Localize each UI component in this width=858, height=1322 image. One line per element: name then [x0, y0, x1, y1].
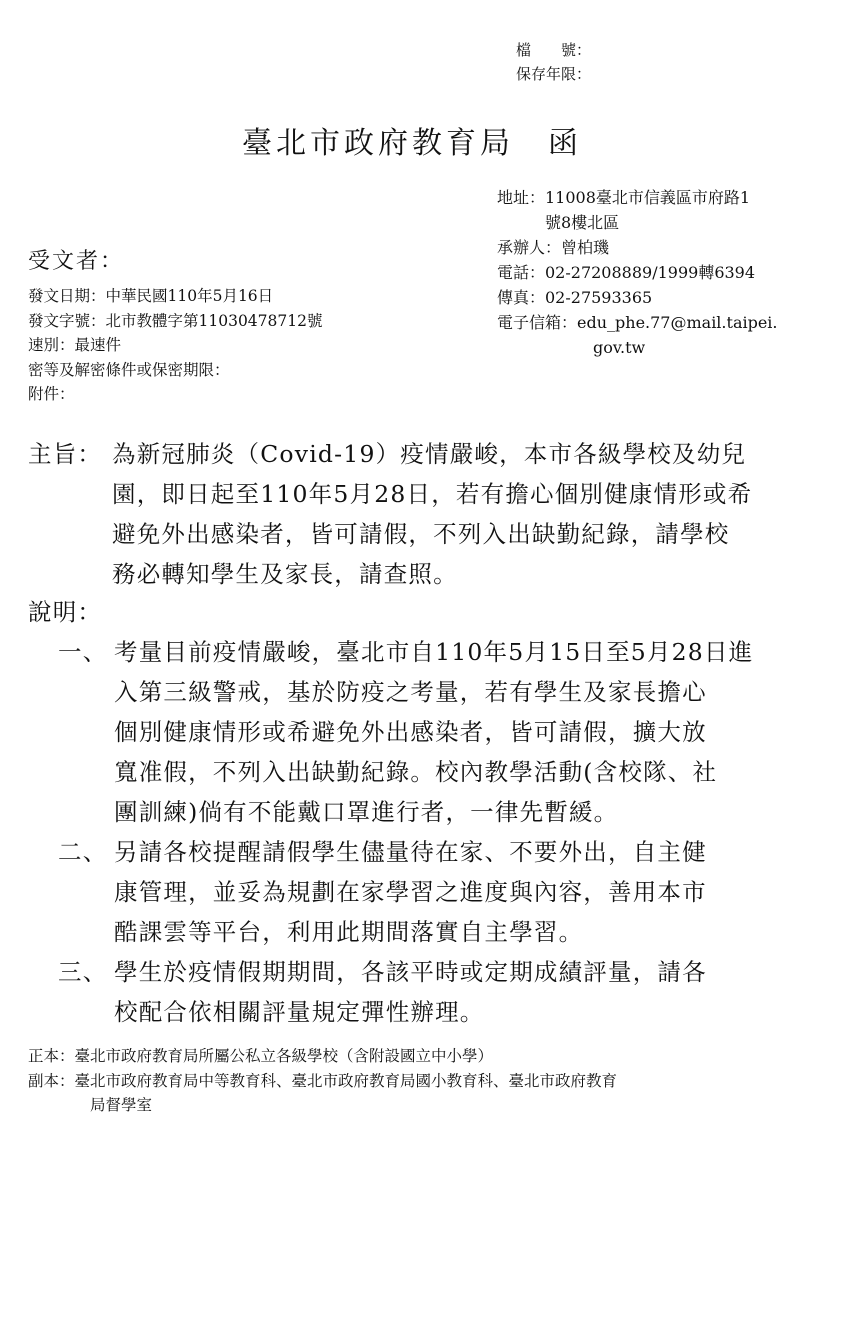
- phone: 電話：02-27208889/1999轉6394: [497, 260, 778, 285]
- handler: 承辦人：曾柏璣: [497, 235, 778, 260]
- item-line: 另請各校提醒請假學生儘量待在家、不要外出，自主健: [114, 838, 707, 866]
- archive-block: 檔 號： 保存年限：: [516, 38, 591, 86]
- attachment: 附件：: [28, 382, 322, 407]
- description-item: 一、考量目前疫情嚴峻，臺北市自110年5月15日至5月28日進 入第三級警戒，基…: [58, 632, 753, 832]
- address-line: 地址：11008臺北市信義區市府路1: [497, 185, 778, 210]
- file-number-label: 檔 號：: [516, 38, 591, 62]
- item-line: 康管理，並妥為規劃在家學習之進度與內容，善用本市: [58, 872, 707, 912]
- item-number: 二、: [58, 832, 114, 872]
- confidentiality: 密等及解密條件或保密期限：: [28, 358, 322, 383]
- item-number: 一、: [58, 632, 114, 672]
- subject-line: 園，即日起至110年5月28日，若有擔心個別健康情形或希: [28, 474, 752, 514]
- receiver-label: 受文者：: [28, 244, 124, 275]
- item-line: 學生於疫情假期期間，各該平時或定期成績評量，請各: [114, 958, 707, 986]
- description-label: 說明：: [28, 592, 102, 632]
- copy-recipients-continued: 局督學室: [28, 1093, 617, 1118]
- document-title: 臺北市政府教育局函: [242, 118, 582, 162]
- item-line: 酷課雲等平台，利用此期間落實自主學習。: [58, 912, 707, 952]
- contact-block: 地址：11008臺北市信義區市府路1 號8樓北區 承辦人：曾柏璣 電話：02-2…: [497, 185, 778, 360]
- address-line-continued: 號8樓北區: [497, 210, 778, 235]
- description-item: 二、另請各校提醒請假學生儘量待在家、不要外出，自主健 康管理，並妥為規劃在家學習…: [58, 832, 707, 952]
- subject-label: 主旨：: [28, 434, 112, 474]
- retention-period-label: 保存年限：: [516, 62, 591, 86]
- item-line: 團訓練)倘有不能戴口罩進行者，一律先暫緩。: [58, 792, 753, 832]
- description-item: 三、學生於疫情假期期間，各該平時或定期成績評量，請各 校配合依相關評量規定彈性辦…: [58, 952, 707, 1032]
- item-line: 入第三級警戒，基於防疫之考量，若有學生及家長擔心: [58, 672, 753, 712]
- speed-class: 速別：最速件: [28, 333, 322, 358]
- email: 電子信箱：edu_phe.77@mail.taipei.: [497, 310, 778, 335]
- subject-line: 務必轉知學生及家長，請查照。: [28, 554, 752, 594]
- agency-name: 臺北市政府教育局: [242, 126, 514, 161]
- distribution-block: 正本：臺北市政府教育局所屬公私立各級學校（含附設國立中小學） 副本：臺北市政府教…: [28, 1044, 617, 1118]
- item-line: 考量目前疫情嚴峻，臺北市自110年5月15日至5月28日進: [114, 638, 753, 666]
- item-line: 寬准假，不列入出缺勤紀錄。校內教學活動(含校隊、社: [58, 752, 753, 792]
- issue-date: 發文日期：中華民國110年5月16日: [28, 284, 322, 309]
- document-meta: 發文日期：中華民國110年5月16日 發文字號：北市教體字第1103047871…: [28, 284, 322, 407]
- subject-line: 為新冠肺炎（Covid-19）疫情嚴峻，本市各級學校及幼兒: [112, 440, 746, 468]
- item-line: 校配合依相關評量規定彈性辦理。: [58, 992, 707, 1032]
- subject-line: 避免外出感染者，皆可請假，不列入出缺勤紀錄，請學校: [28, 514, 752, 554]
- copy-recipients: 副本：臺北市政府教育局中等教育科、臺北市政府教育局國小教育科、臺北市政府教育: [28, 1069, 617, 1094]
- document-type: 函: [548, 126, 582, 161]
- document-number: 發文字號：北市教體字第11030478712號: [28, 309, 322, 334]
- item-line: 個別健康情形或希避免外出感染者，皆可請假，擴大放: [58, 712, 753, 752]
- email-continued: gov.tw: [497, 335, 778, 360]
- fax: 傳真：02-27593365: [497, 285, 778, 310]
- subject-section: 主旨：為新冠肺炎（Covid-19）疫情嚴峻，本市各級學校及幼兒 園，即日起至1…: [28, 434, 752, 594]
- item-number: 三、: [58, 952, 114, 992]
- original-recipients: 正本：臺北市政府教育局所屬公私立各級學校（含附設國立中小學）: [28, 1044, 617, 1069]
